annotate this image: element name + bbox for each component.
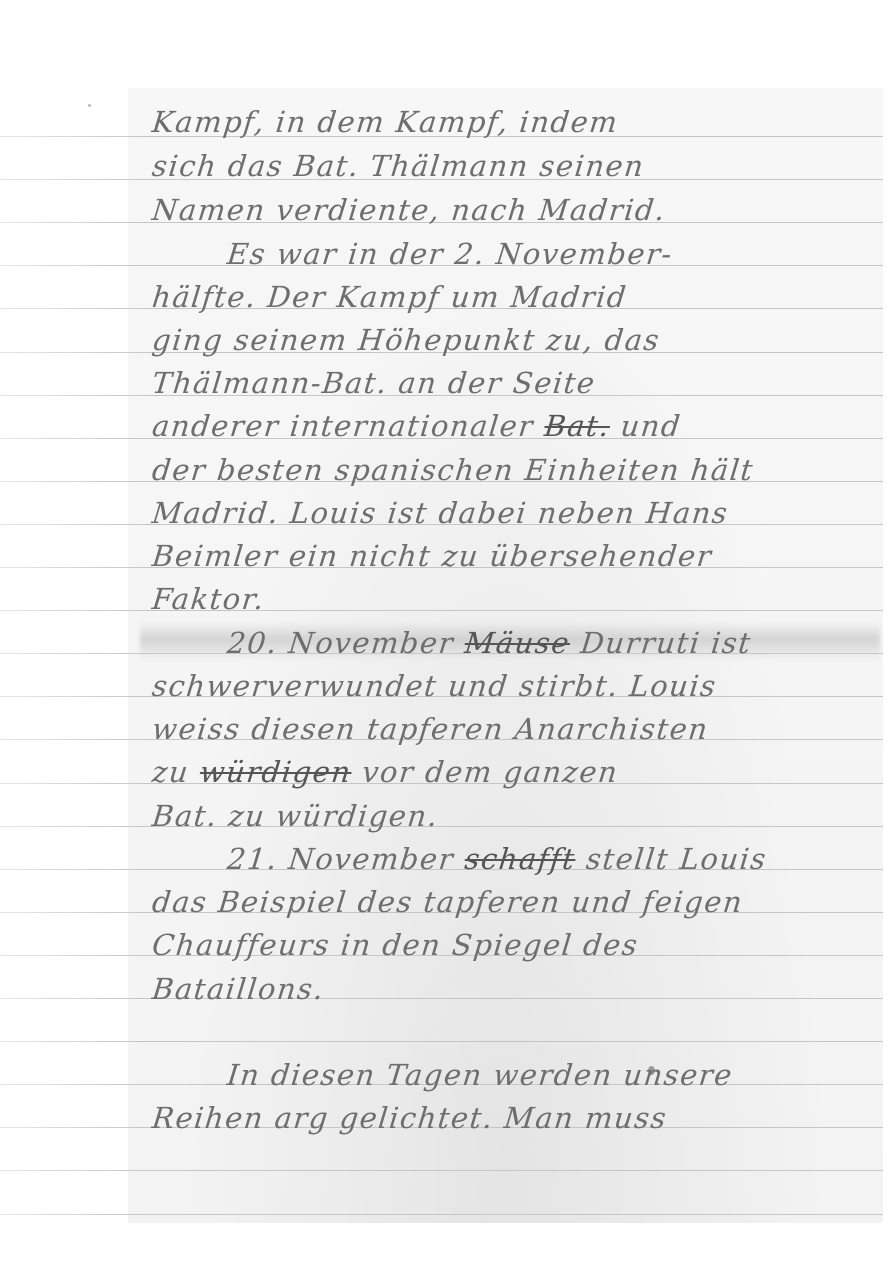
line-text: der besten spanischen Einheiten hält [151,453,756,487]
ruled-line [0,1170,883,1171]
line-text: Thälmann-Bat. an der Seite [151,366,598,400]
text-line-11: Beimler ein nicht zu übersehender [150,534,885,578]
text-line-23: Reihen arg gelichtet. Man muss [150,1096,885,1140]
text-line-19: das Beispiel des tapferen und feigen [150,880,885,924]
ruled-line [0,1041,883,1042]
line-text: Madrid. Louis ist dabei neben Hans [151,496,731,530]
text-line-20: Chauffeurs in den Spiegel des [150,923,885,967]
scanned-page: Kampf, in dem Kampf, indem sich das Bat.… [0,0,896,1272]
line-text: weiss diesen tapferen Anarchisten [151,712,711,746]
line-text: sich das Bat. Thälmann seinen [151,149,647,183]
line-text: zu [151,755,192,789]
text-line-7: Thälmann-Bat. an der Seite [150,361,885,405]
text-line-9: der besten spanischen Einheiten hält [150,448,885,492]
line-text: Namen verdiente, nach Madrid. [151,193,668,227]
line-text: Bataillons. [151,972,327,1006]
ruled-line [0,1214,883,1215]
text-line-8: anderer internationaler Bat. und [150,404,885,448]
line-text: 20. November [226,626,456,660]
text-line-4: Es war in der 2. November- [225,232,896,276]
struck-word: Mäuse [463,626,572,660]
text-line-15: weiss diesen tapferen Anarchisten [150,707,885,751]
text-line-6: ging seinem Höhepunkt zu, das [150,318,885,362]
line-text: 21. November [226,842,456,876]
text-line-2: sich das Bat. Thälmann seinen [150,144,885,188]
line-text: Beimler ein nicht zu übersehender [151,539,715,573]
line-text: Es war in der 2. November- [226,237,675,271]
line-text: anderer internationaler [151,409,536,443]
line-text-after: vor dem ganzen [361,755,621,789]
line-text: Faktor. [151,582,267,616]
line-text: ging seinem Höhepunkt zu, das [151,323,662,357]
struck-word: Bat. [543,409,612,443]
line-text: In diesen Tagen werden unsere [226,1058,735,1092]
text-line-17: Bat. zu würdigen. [150,794,885,838]
text-line-1: Kampf, in dem Kampf, indem [150,100,885,144]
line-text: Chauffeurs in den Spiegel des [151,928,641,962]
text-line-18: 21. November schafft stellt Louis [225,837,896,881]
line-text-after: Durruti ist [579,626,753,660]
text-line-16: zu würdigen vor dem ganzen [150,750,885,794]
text-line-13: 20. November Mäuse Durruti ist [225,621,896,665]
text-line-21: Bataillons. [150,967,885,1011]
line-text: Kampf, in dem Kampf, indem [151,105,621,139]
text-line-14: schwerverwundet und stirbt. Louis [150,664,885,708]
line-text-after: und [619,409,683,443]
ink-dot [88,104,91,107]
text-line-12: Faktor. [150,577,885,621]
struck-word: würdigen [198,755,353,789]
line-text: Reihen arg gelichtet. Man muss [151,1101,669,1135]
line-text: Bat. zu würdigen. [151,799,441,833]
line-text: hälfte. Der Kampf um Madrid [151,280,629,314]
text-line-5: hälfte. Der Kampf um Madrid [150,275,885,319]
text-line-10: Madrid. Louis ist dabei neben Hans [150,491,885,535]
struck-word: schafft [463,842,577,876]
text-line-3: Namen verdiente, nach Madrid. [150,188,885,232]
line-text: schwerverwundet und stirbt. Louis [151,669,719,703]
line-text-after: stellt Louis [584,842,768,876]
line-text: das Beispiel des tapferen und feigen [151,885,746,919]
text-line-22: In diesen Tagen werden unsere [225,1053,896,1097]
